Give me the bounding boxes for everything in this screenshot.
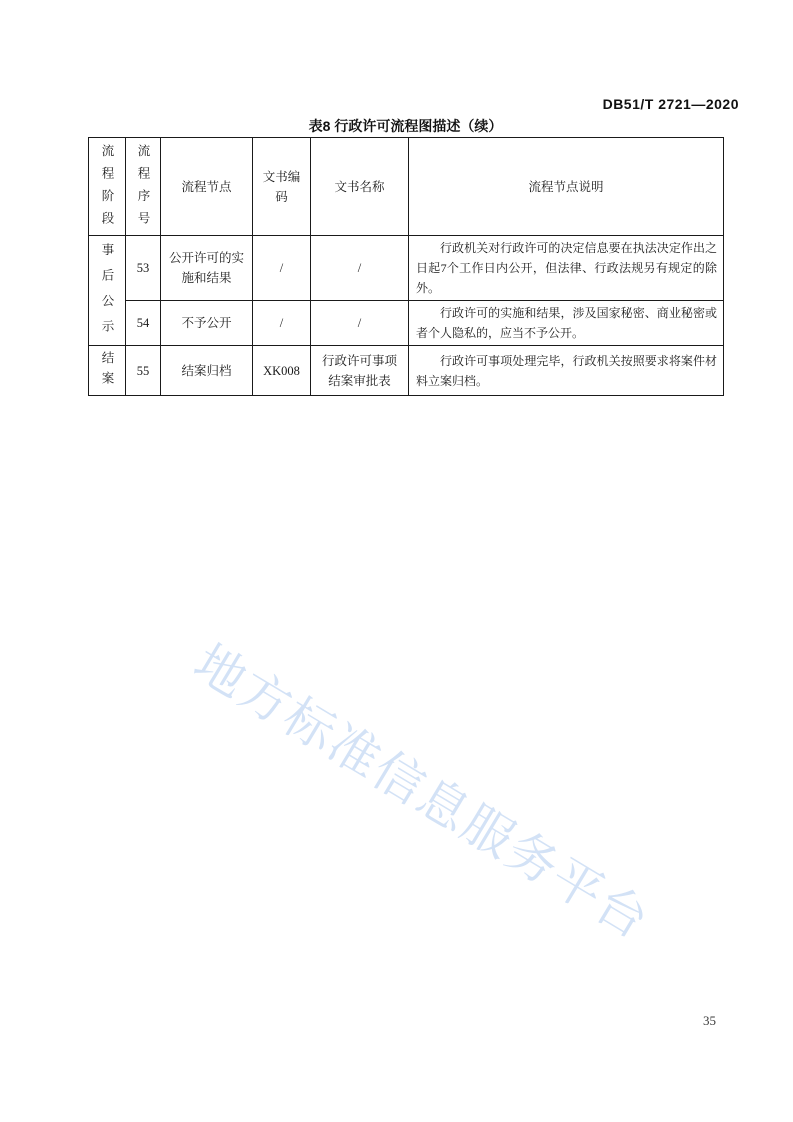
header-cell-node: 流程节点: [161, 138, 253, 236]
doc-name-cell: /: [311, 236, 409, 301]
standard-number: DB51/T 2721—2020: [603, 96, 739, 112]
header-doc-code-label: 文书编码: [262, 167, 302, 207]
header-stage-label: 流程阶段: [97, 144, 117, 234]
document-page: DB51/T 2721—2020 表8 行政许可流程图描述（续） 流程阶段 流程…: [0, 0, 793, 1122]
header-cell-doc-code: 文书编码: [253, 138, 311, 236]
doc-code-cell: /: [253, 301, 311, 346]
doc-name-cell: 行政许可事项结案审批表: [311, 346, 409, 396]
doc-name-cell: /: [311, 301, 409, 346]
header-cell-stage: 流程阶段: [89, 138, 126, 236]
flow-description-table: 流程阶段 流程序号 流程节点 文书编码 文书名称 流程节点说明 事后公示 53 …: [88, 137, 724, 396]
seq-cell: 54: [126, 301, 161, 346]
table-title: 表8 行政许可流程图描述（续）: [88, 116, 723, 136]
header-cell-seq: 流程序号: [126, 138, 161, 236]
doc-code-cell: XK008: [253, 346, 311, 396]
header-cell-doc-name: 文书名称: [311, 138, 409, 236]
node-cell: 结案归档: [161, 346, 253, 396]
seq-cell: 53: [126, 236, 161, 301]
node-cell: 公开许可的实施和结果: [161, 236, 253, 301]
table-row: 事后公示 53 公开许可的实施和结果 / / 行政机关对行政许可的决定信息要在执…: [89, 236, 724, 301]
doc-code-cell: /: [253, 236, 311, 301]
node-cell: 不予公开: [161, 301, 253, 346]
description-cell: 行政许可的实施和结果，涉及国家秘密、商业秘密或者个人隐私的，应当不予公开。: [409, 301, 724, 346]
page-number: 35: [703, 1013, 716, 1029]
watermark: 地方标准信息服务平台: [158, 617, 686, 967]
stage-cell-post-publicity: 事后公示: [89, 236, 126, 346]
description-cell: 行政机关对行政许可的决定信息要在执法决定作出之日起7个工作日内公开，但法律、行政…: [409, 236, 724, 301]
table-row: 结案 55 结案归档 XK008 行政许可事项结案审批表 行政许可事项处理完毕，…: [89, 346, 724, 396]
header-cell-description: 流程节点说明: [409, 138, 724, 236]
stage-label: 结案: [97, 351, 117, 392]
table-row: 54 不予公开 / / 行政许可的实施和结果，涉及国家秘密、商业秘密或者个人隐私…: [89, 301, 724, 346]
stage-label: 事后公示: [97, 243, 117, 345]
header-seq-label: 流程序号: [133, 144, 153, 234]
header-row: 流程阶段 流程序号 流程节点 文书编码 文书名称 流程节点说明: [89, 138, 724, 236]
stage-cell-case-closure: 结案: [89, 346, 126, 396]
seq-cell: 55: [126, 346, 161, 396]
description-cell: 行政许可事项处理完毕，行政机关按照要求将案件材料立案归档。: [409, 346, 724, 396]
